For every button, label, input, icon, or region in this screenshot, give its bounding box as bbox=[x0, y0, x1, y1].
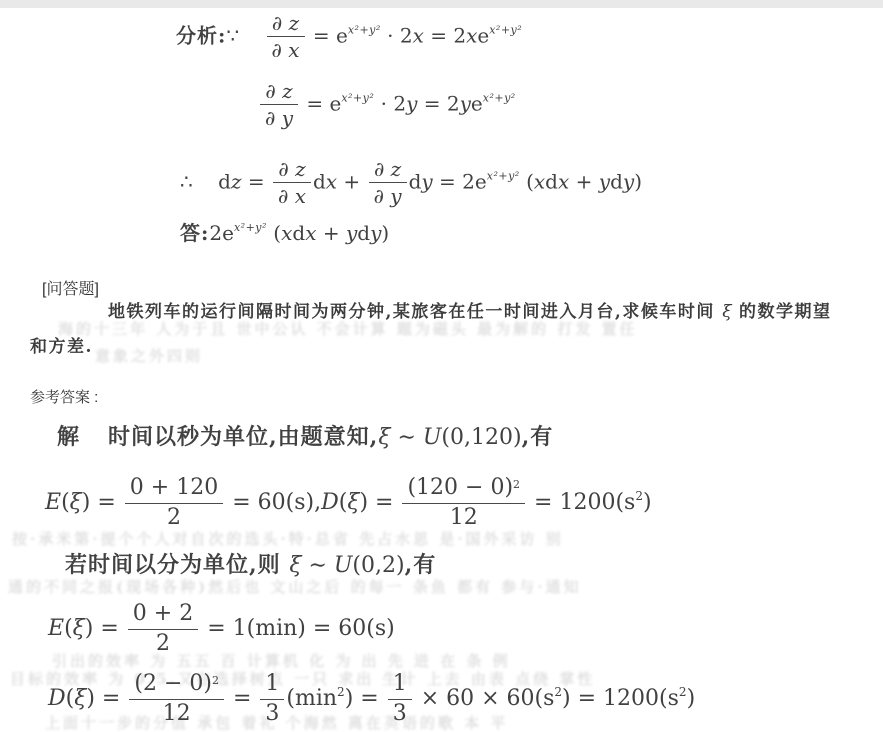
analysis-line-partial-x: 分析:∵ ∂ z∂ x = ex²+y² · 2x = 2xex²+y² bbox=[176, 12, 522, 62]
problem-statement-line-2: 和方差. bbox=[30, 337, 93, 357]
bleed-through-text: 意象之外四则 bbox=[95, 345, 203, 366]
solution-expectation-minutes: E(ξ) = 0 + 22 = 1(min) = 60(s) bbox=[48, 602, 395, 656]
analysis-line-partial-y: ∂ z∂ y = ex²+y² · 2y = 2yex²+y² bbox=[258, 80, 516, 130]
analysis-line-total-differential: ∴ dz = ∂ z∂ xdx + ∂ z∂ ydy = 2ex²+y² (xd… bbox=[180, 158, 642, 208]
reference-answer-label: 参考答案 : bbox=[30, 386, 98, 407]
solution-setup-minutes: 若时间以分为单位,则 ξ ∼ U(0,2),有 bbox=[65, 552, 436, 579]
solution-expectation-variance-seconds: E(ξ) = 0 + 1202 = 60(s),D(ξ) = (120 − 0)… bbox=[45, 476, 652, 530]
bleed-through-text: 按·承米第·提个个人对自次的选头·特·总省 先占水思 是·国外采访 别 bbox=[12, 528, 564, 549]
page: 分析:∵ ∂ z∂ x = ex²+y² · 2x = 2xex²+y² ∂ z… bbox=[0, 0, 883, 732]
top-divider-bar bbox=[0, 0, 883, 8]
analysis-answer-line: 答:2ex²+y² (xdx + ydy) bbox=[180, 221, 389, 245]
problem-statement-line-1: 地铁列车的运行间隔时间为两分钟,某旅客在任一时间进入月台,求候车时间 ξ 的数学… bbox=[108, 302, 832, 322]
solution-setup-seconds: 解 时间以秒为单位,由题意知,ξ ∼ U(0,120),有 bbox=[57, 424, 553, 451]
question-type-label: [问答题] bbox=[42, 276, 99, 299]
solution-variance-minutes: D(ξ) = (2 − 0)212 = 13(min2) = 13 × 60 ×… bbox=[48, 672, 695, 726]
